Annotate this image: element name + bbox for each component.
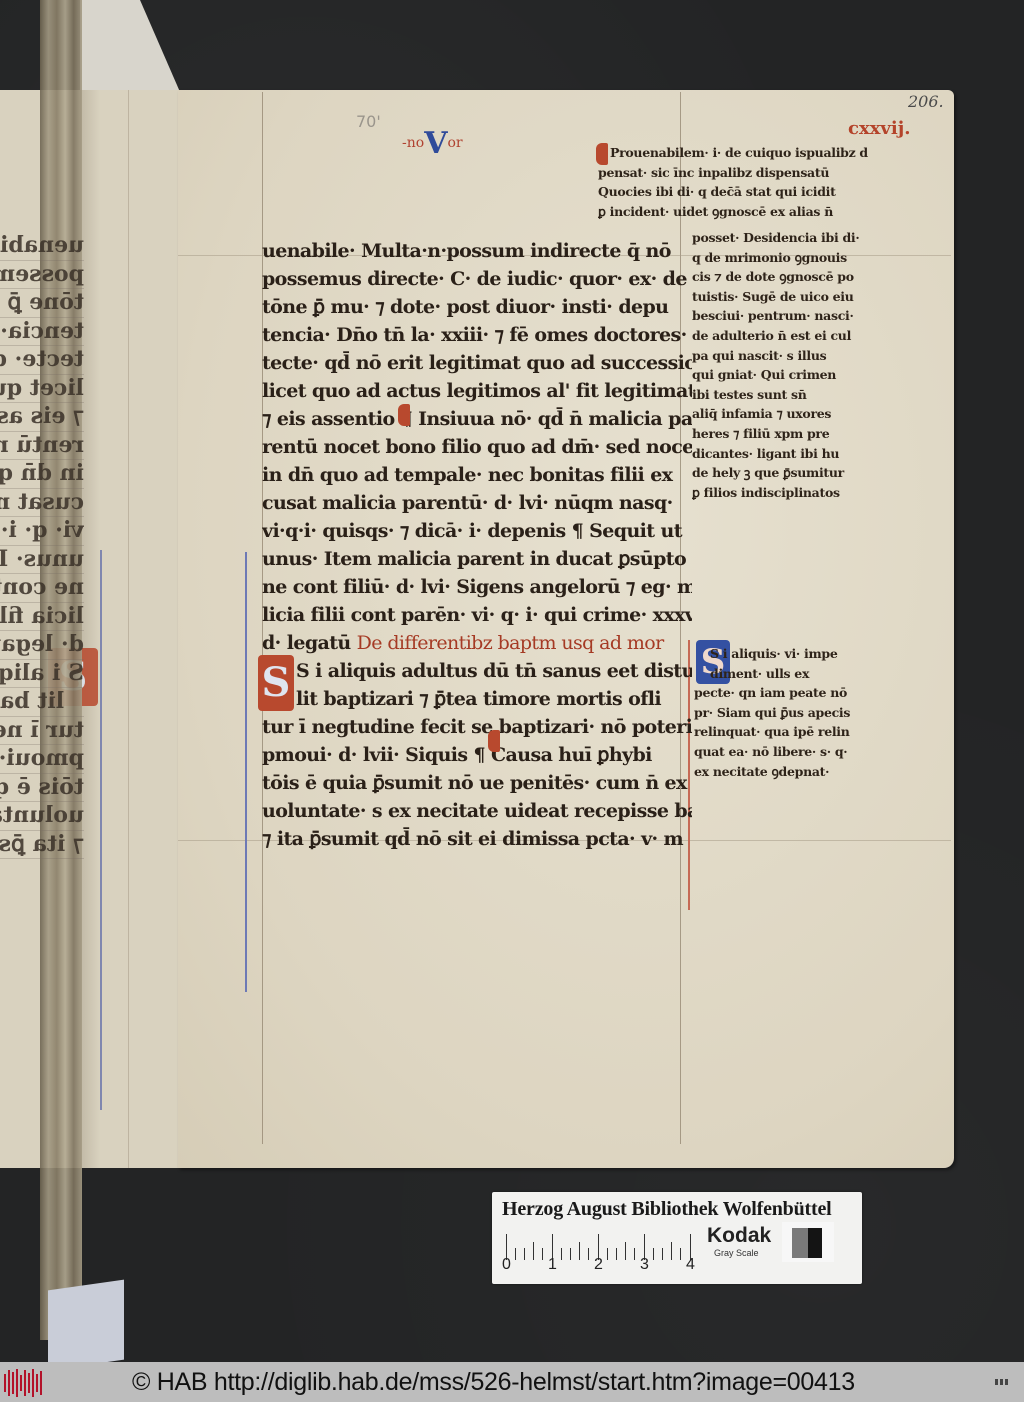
text-line: vi·q·i· quisqs· ⁊ dicā· i· depenis ¶ Seq… — [262, 517, 692, 545]
ruler-tick — [662, 1248, 663, 1260]
blue-flourish — [100, 550, 102, 1110]
catchword-suffix: or — [447, 135, 462, 151]
text-line: ⁊ ita ꝑ̄sumit qd̄ nō sit ei dimissa pcta… — [262, 825, 692, 853]
gloss-line: Quocies ibi di· q dec̄ā stat qui icidit — [598, 182, 868, 202]
ruler-tick — [542, 1248, 543, 1260]
ruler-label: 0 — [502, 1256, 511, 1274]
text-line: S i aliquis adultus dū tn̄ sanus eet dis… — [262, 657, 692, 685]
hab-barcode-logo-icon[interactable] — [4, 1369, 48, 1397]
mirrored-line: cusat ma — [0, 489, 84, 518]
mirrored-line: tōne ꝑ̄ m — [0, 289, 84, 318]
mirrored-line: tecte· qd̄ — [0, 346, 84, 375]
text-line: cusat malicia parentū· d· lvi· nūqm nasq… — [262, 489, 692, 517]
mirrored-line: tōis ē qu — [0, 774, 84, 803]
ruling-line — [128, 90, 129, 1168]
ruler-tick — [616, 1248, 617, 1260]
ruler-tick — [634, 1248, 635, 1260]
mirrored-text-column: uenabil possemu tōne ꝑ̄ m tencia· D tect… — [0, 232, 84, 859]
gloss-line: besciui· pentrum· nasci· — [692, 306, 872, 326]
rubric-heading: De differentibz baptm usq ad mor — [357, 632, 664, 654]
ruler-tick — [625, 1242, 626, 1260]
mirrored-line: ⁊ ita ꝑ̄su — [0, 831, 84, 860]
ruler-tick — [588, 1248, 589, 1260]
text-line-with-rubric: d· legatū De differentibz baptm usq ad m… — [262, 629, 692, 657]
gloss-line: cis ⁊ de dote ꝯgnoscē po — [692, 267, 872, 287]
text-line: licia filii cont parēn· vi· q· i· qui cr… — [262, 601, 692, 629]
mirrored-line: possemu — [0, 261, 84, 290]
pencil-mark: 70' — [356, 112, 381, 131]
gloss-line: qui gniat· Qui crimen — [692, 365, 872, 385]
gloss-line: quat ea· nō libere· s· q· — [694, 742, 890, 762]
mirrored-line: S i aliq — [0, 660, 84, 689]
ruler-tick — [671, 1242, 672, 1260]
text-line: tōis ē quia ꝑ̄sumit nō ue penitēs· cum n… — [262, 769, 692, 797]
ruler-label: 2 — [594, 1256, 603, 1274]
gloss-line: heres ⁊ filiū xpm pre — [692, 424, 872, 444]
text-line: unus· Item malicia parent in ducat ꝑsūpt… — [262, 545, 692, 573]
gloss-line: S i aliquis· vi· impe — [710, 644, 890, 664]
mirrored-line: pmoui· d· — [0, 745, 84, 774]
mirrored-line: uenabil — [0, 232, 84, 261]
kodak-subtitle: Gray Scale — [714, 1248, 759, 1258]
text-line: rentū nocet bono filio quo ad dm̄· sed n… — [262, 433, 692, 461]
catchword-prefix: -no — [402, 135, 424, 151]
ruler-tick — [579, 1242, 580, 1260]
gloss-line: ꝑ incident· uidet ꝯgnoscē ex alias n̄ — [598, 202, 868, 222]
mirrored-line: ne cont fi — [0, 574, 84, 603]
decorated-initial-s-red: S — [258, 655, 294, 711]
text-line: tencia· Dn̄o tn̄ la· xxiii· ⁊ fē omes do… — [262, 321, 692, 349]
paragraph-mark — [488, 730, 500, 752]
gloss-line: diment· ulls ex — [710, 664, 890, 684]
copyright-url[interactable]: © HAB http://diglib.hab.de/mss/526-helms… — [132, 1368, 855, 1397]
gloss-line: tuistis· Sugē de uico eiu — [692, 287, 872, 307]
gloss-line: de adulterio n̄ est ei cul — [692, 326, 872, 346]
text-line: licet quo ad actus legitimos al' fit leg… — [262, 377, 692, 405]
gray-patch-dark — [808, 1228, 822, 1258]
gloss-line: q de mrimonio ꝯgnouis — [692, 248, 872, 268]
card-title: Herzog August Bibliothek Wolfenbüttel — [502, 1198, 832, 1221]
left-page-stack: S uenabil possemu tōne ꝑ̄ m tencia· D te… — [0, 0, 160, 1330]
gloss-line: pensat· sic īnc inpalibz dispensatū — [598, 163, 868, 183]
folio-number: 206. — [908, 92, 944, 111]
mirrored-line: ⁊ eis asse — [0, 403, 84, 432]
text-line: possemus directe· C· de iudic· quor· ex·… — [262, 265, 692, 293]
mirrored-line: vi· q· i· q — [0, 517, 84, 546]
catchword: -noVor — [402, 126, 463, 161]
ruler-tick — [533, 1242, 534, 1260]
gloss-lower: S i aliquis· vi· impe diment· ulls ex pe… — [710, 644, 890, 781]
ruler-tick — [680, 1248, 681, 1260]
mirrored-line: licia filii — [0, 603, 84, 632]
text-line: pmoui· d· lvii· Siquis ¶ Causa huī ꝑhybi — [262, 741, 692, 769]
gloss-line: pecte· qn iam peate nō — [694, 683, 890, 703]
gloss-top: Prouenabilem· i· de cuiquo ispualibz dis… — [598, 143, 868, 221]
ruler-label: 4 — [686, 1256, 695, 1274]
text-line: tecte· qd̄ nō erit legitimat quo ad succ… — [262, 349, 692, 377]
text-line: uoluntate· s ex necitate uideat recepiss… — [262, 797, 692, 825]
gloss-line: ꝑ filios indisciplinatos — [692, 483, 872, 503]
dots-icon[interactable] — [995, 1379, 1008, 1385]
gloss-line: pa qui nascit· s illus — [692, 346, 872, 366]
main-text-column: uenabile· Multa·n·possum indirecte q̄ nō… — [262, 237, 692, 853]
text-line: in dn̄ quo ad tempale· nec bonitas filii… — [262, 461, 692, 489]
ruler-tick — [607, 1248, 608, 1260]
blue-pen-flourish — [245, 552, 247, 992]
mirrored-line: licet quo — [0, 375, 84, 404]
ruler-label: 3 — [640, 1256, 649, 1274]
paragraph-mark — [398, 404, 410, 426]
gloss-line: posset· Desidencia ibi di· — [692, 228, 872, 248]
gloss-line: dicantes· ligant ibi hu — [692, 444, 872, 464]
gloss-line: Prouenabilem· i· de cuiquo ispualibz dis — [598, 143, 868, 163]
catchword-initial: V — [424, 126, 447, 161]
mirrored-line: lit ba — [0, 688, 84, 717]
ruler-tick — [515, 1248, 516, 1260]
mirrored-line: rentū noc — [0, 432, 84, 461]
gloss-line: relinquat· qua ipē relin — [694, 722, 890, 742]
gloss-line: pr· Siam qui ꝑ̄us apecis — [694, 703, 890, 723]
text-fragment: d· legatū — [262, 632, 351, 654]
gloss-right: posset· Desidencia ibi di· q de mrimonio… — [692, 228, 872, 502]
mirrored-line: tencia· D — [0, 318, 84, 347]
text-line: lit baptizari ⁊ ꝑ̄tea timore mortis ofli — [262, 685, 692, 713]
mirrored-line: unus· Ite — [0, 546, 84, 575]
kodak-brand: Kodak — [707, 1224, 771, 1248]
text-line: tōne ꝑ̄ mu· ⁊ dote· post diuor· insti· d… — [262, 293, 692, 321]
gloss-line: ibi testes sunt sn̄ — [692, 385, 872, 405]
mirrored-line: in dn̄ qu — [0, 460, 84, 489]
color-reference-card: Herzog August Bibliothek Wolfenbüttel 0 — [492, 1192, 862, 1284]
ruler-tick — [653, 1248, 654, 1260]
gloss-line: de hely ꝫ que ꝑ̄sumitur — [692, 463, 872, 483]
quire-number: cxxvij. — [848, 118, 911, 139]
mirrored-line: uoluntat — [0, 802, 84, 831]
shelfmark-label — [48, 1280, 124, 1362]
text-line: ne cont filiū· d· lvi· Sigens angelorū ⁊… — [262, 573, 692, 601]
viewer-footer: © HAB http://diglib.hab.de/mss/526-helms… — [0, 1362, 1024, 1402]
gloss-line: ex necitate ꝯdepnat· — [694, 762, 890, 782]
gloss-line: aliq̄ infamia ⁊ uxores — [692, 404, 872, 424]
mirrored-line: d· legatū — [0, 631, 84, 660]
ruler-tick — [524, 1248, 525, 1260]
image-viewport[interactable]: S uenabil possemu tōne ꝑ̄ m tencia· D te… — [0, 0, 1024, 1362]
ruler-label: 1 — [548, 1256, 557, 1274]
text-line: ⁊ eis assentio ¶ Insiuua nō· qd̄ n̄ mali… — [262, 405, 692, 433]
ruler-tick — [561, 1248, 562, 1260]
text-line: uenabile· Multa·n·possum indirecte q̄ nō — [262, 237, 692, 265]
ruler-tick — [570, 1248, 571, 1260]
gray-patch-mid — [792, 1228, 808, 1258]
text-line: tur ī negtudine fecit se baptizari· nō p… — [262, 713, 692, 741]
mirrored-line: tur ī neg — [0, 717, 84, 746]
